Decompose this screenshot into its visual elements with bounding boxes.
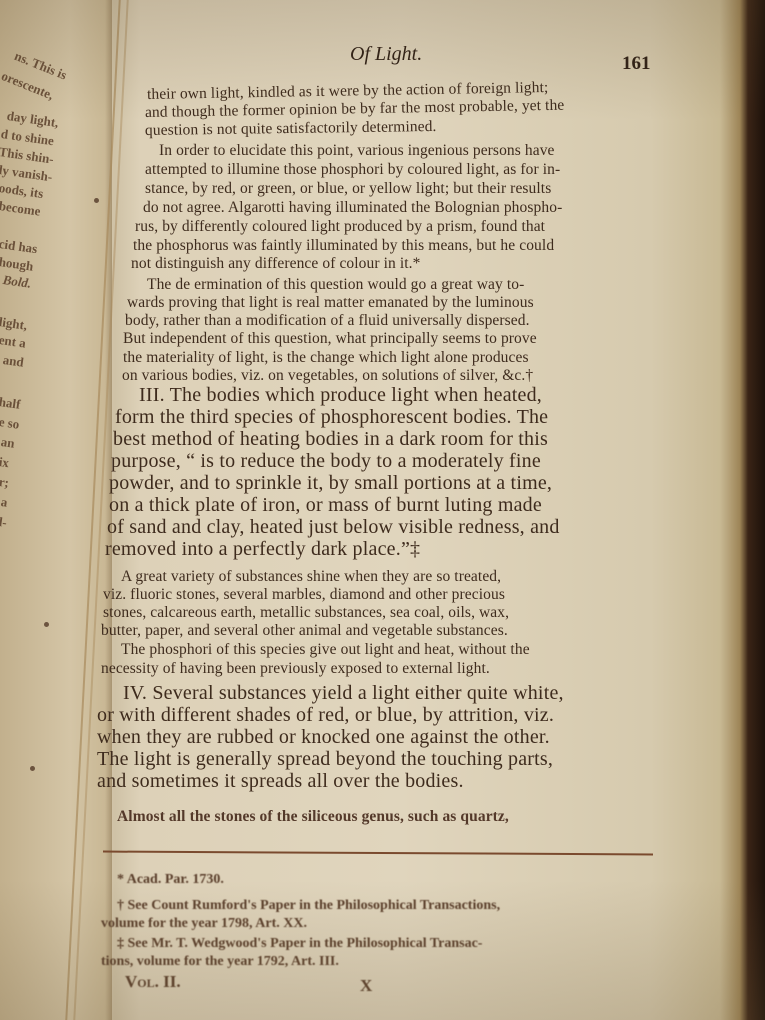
text-line: rus, by differently coloured light produ… bbox=[135, 218, 545, 236]
text-line: purpose, “ is to reduce the body to a mo… bbox=[111, 450, 541, 473]
text-line: The de ermination of this question would… bbox=[147, 276, 524, 294]
facing-page-fragment: light, bbox=[0, 314, 28, 334]
text-line: A great variety of substances shine when… bbox=[121, 568, 501, 586]
facing-page-fragment: r; bbox=[0, 474, 10, 491]
facing-page-fragment: half bbox=[0, 394, 21, 413]
facing-page-fragment: ent a bbox=[0, 332, 27, 352]
text-line: form the third species of phosphorescent… bbox=[115, 406, 548, 429]
text-line: when they are rubbed or knocked one agai… bbox=[97, 726, 550, 749]
facing-page-fragment: a bbox=[0, 494, 8, 511]
footnote: † See Count Rumford's Paper in the Philo… bbox=[117, 898, 500, 914]
page-number: 161 bbox=[622, 53, 651, 75]
footnote: ‡ See Mr. T. Wedgwood's Paper in the Phi… bbox=[117, 936, 482, 952]
text-line: or with different shades of red, or blue… bbox=[97, 704, 554, 727]
text-line: butter, paper, and several other animal … bbox=[101, 622, 508, 640]
text-line: In order to elucidate this point, variou… bbox=[159, 142, 555, 160]
text-line: IV. Several substances yield a light eit… bbox=[123, 682, 564, 705]
text-line: do not agree. Algarotti having illuminat… bbox=[143, 199, 562, 217]
text-line: and sometimes it spreads all over the bo… bbox=[97, 770, 464, 793]
footnote: volume for the year 1798, Art. XX. bbox=[101, 916, 307, 932]
text-line: best method of heating bodies in a dark … bbox=[113, 428, 548, 451]
text-line: powder, and to sprinkle it, by small por… bbox=[109, 472, 552, 495]
facing-page-edge: ns. This is orescente, day light, d to s… bbox=[0, 0, 112, 1020]
footnote: tions, volume for the year 1792, Art. II… bbox=[101, 954, 339, 970]
text-line: III. The bodies which produce light when… bbox=[139, 384, 542, 407]
text-line: necessity of having been previously expo… bbox=[101, 660, 490, 678]
text-line: Almost all the stones of the siliceous g… bbox=[117, 808, 509, 826]
facing-page-fragment: ix bbox=[0, 454, 10, 471]
book-spread-photo: ns. This is orescente, day light, d to s… bbox=[0, 0, 765, 1020]
text-line: wards proving that light is real matter … bbox=[127, 294, 534, 312]
text-line: viz. fluoric stones, several marbles, di… bbox=[103, 586, 505, 604]
facing-page-fragment: l- bbox=[0, 514, 8, 531]
paper-spot bbox=[44, 622, 49, 627]
text-line: stones, calcareous earth, metallic subst… bbox=[103, 604, 509, 622]
paper-spot bbox=[30, 766, 35, 771]
text-line: the phosphorus was faintly illuminated b… bbox=[133, 237, 554, 255]
facing-page-fragment: an bbox=[0, 434, 16, 452]
text-line: attempted to illumine those phosphori by… bbox=[145, 161, 560, 179]
text-line: of sand and clay, heated just below visi… bbox=[107, 516, 560, 539]
text-line: not distinguish any difference of colour… bbox=[131, 255, 420, 273]
text-line: on various bodies, viz. on vegetables, o… bbox=[122, 367, 533, 385]
text-line: The light is generally spread beyond the… bbox=[97, 748, 553, 771]
footnote: * Acad. Par. 1730. bbox=[117, 872, 224, 888]
facing-page-fragment: and bbox=[2, 352, 25, 371]
text-line: the materiality of light, is the change … bbox=[123, 349, 529, 367]
volume-signature: Vol. II. bbox=[125, 972, 181, 992]
gathering-signature-mark: X bbox=[360, 976, 372, 996]
text-line: removed into a perfectly dark place.”‡ bbox=[105, 538, 420, 561]
facing-page-fragment: e so bbox=[0, 414, 20, 433]
text-line: question is not quite satisfactorily det… bbox=[145, 118, 437, 140]
text-line: body, rather than a modification of a fl… bbox=[125, 312, 530, 330]
text-line: on a thick plate of iron, or mass of bur… bbox=[109, 494, 542, 517]
text-line: The phosphori of this species give out l… bbox=[121, 641, 530, 659]
footnote-rule bbox=[103, 851, 653, 856]
text-line: stance, by red, or green, or blue, or ye… bbox=[145, 180, 551, 198]
facing-page-fragment: Bold. bbox=[2, 272, 32, 292]
paper-spot bbox=[94, 198, 99, 203]
running-head: Of Light. bbox=[350, 43, 422, 66]
facing-page-fragment: become bbox=[0, 198, 41, 220]
text-line: But independent of this question, what p… bbox=[123, 330, 537, 348]
